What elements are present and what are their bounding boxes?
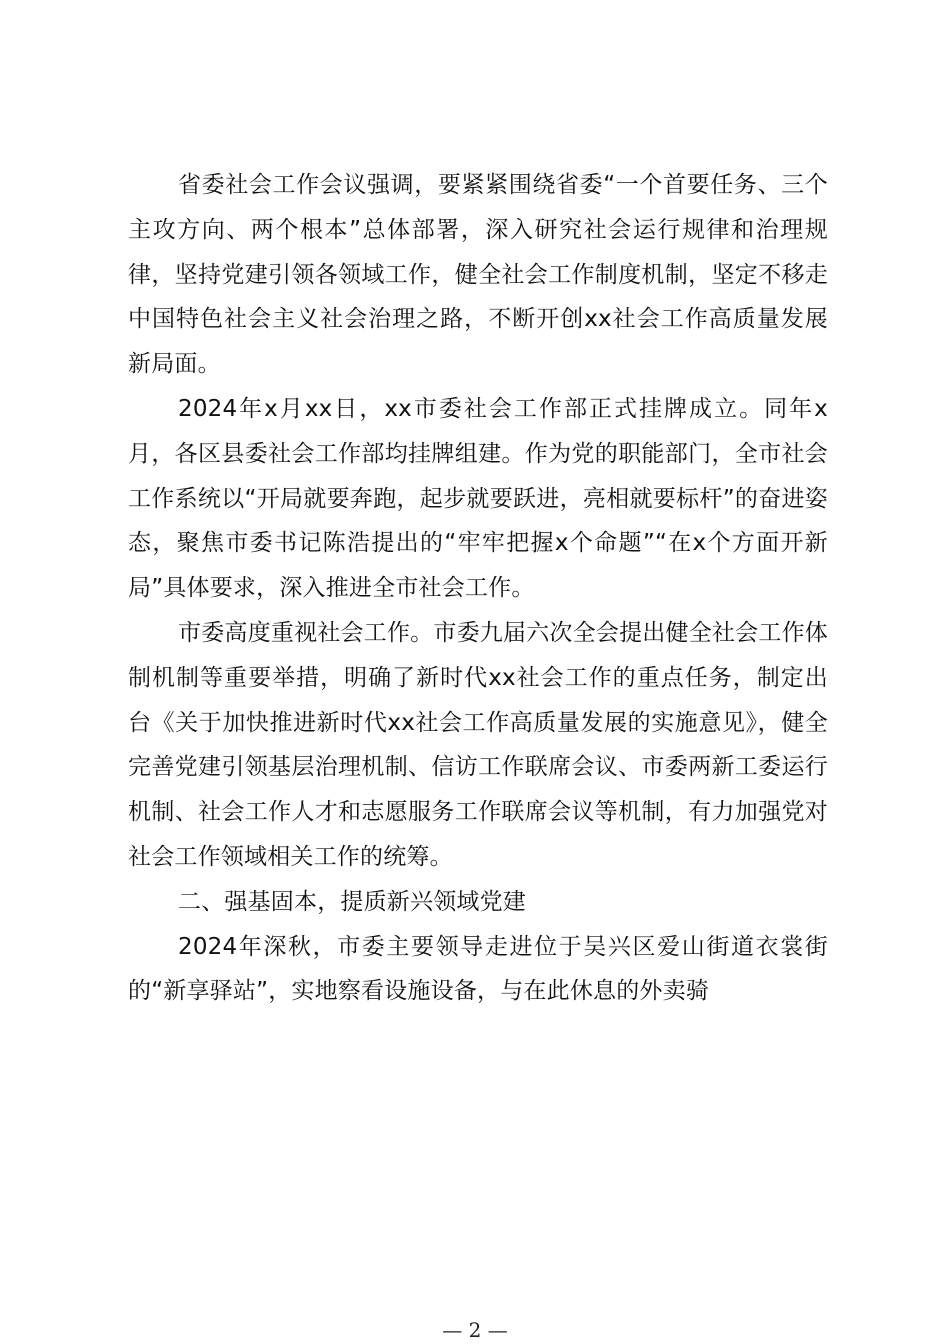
section-heading: 二、强基固本，提质新兴领域党建	[128, 880, 828, 925]
document-page: 省委社会工作会议强调，要紧紧围绕省委“一个首要任务、三个主攻方向、两个根本”总体…	[0, 0, 950, 1344]
paragraph-2: 2024年x月xx日，xx市委社会工作部正式挂牌成立。同年x月，各区县委社会工作…	[128, 387, 828, 611]
document-body: 省委社会工作会议强调，要紧紧围绕省委“一个首要任务、三个主攻方向、两个根本”总体…	[128, 163, 828, 1014]
paragraph-3: 市委高度重视社会工作。市委九届六次全会提出健全社会工作体制机制等重要举措，明确了…	[128, 611, 828, 880]
paragraph-1: 省委社会工作会议强调，要紧紧围绕省委“一个首要任务、三个主攻方向、两个根本”总体…	[128, 163, 828, 387]
page-number: — 2 —	[0, 1318, 950, 1342]
paragraph-4: 2024年深秋，市委主要领导走进位于吴兴区爱山街道衣裳街的“新享驿站”，实地察看…	[128, 925, 828, 1015]
